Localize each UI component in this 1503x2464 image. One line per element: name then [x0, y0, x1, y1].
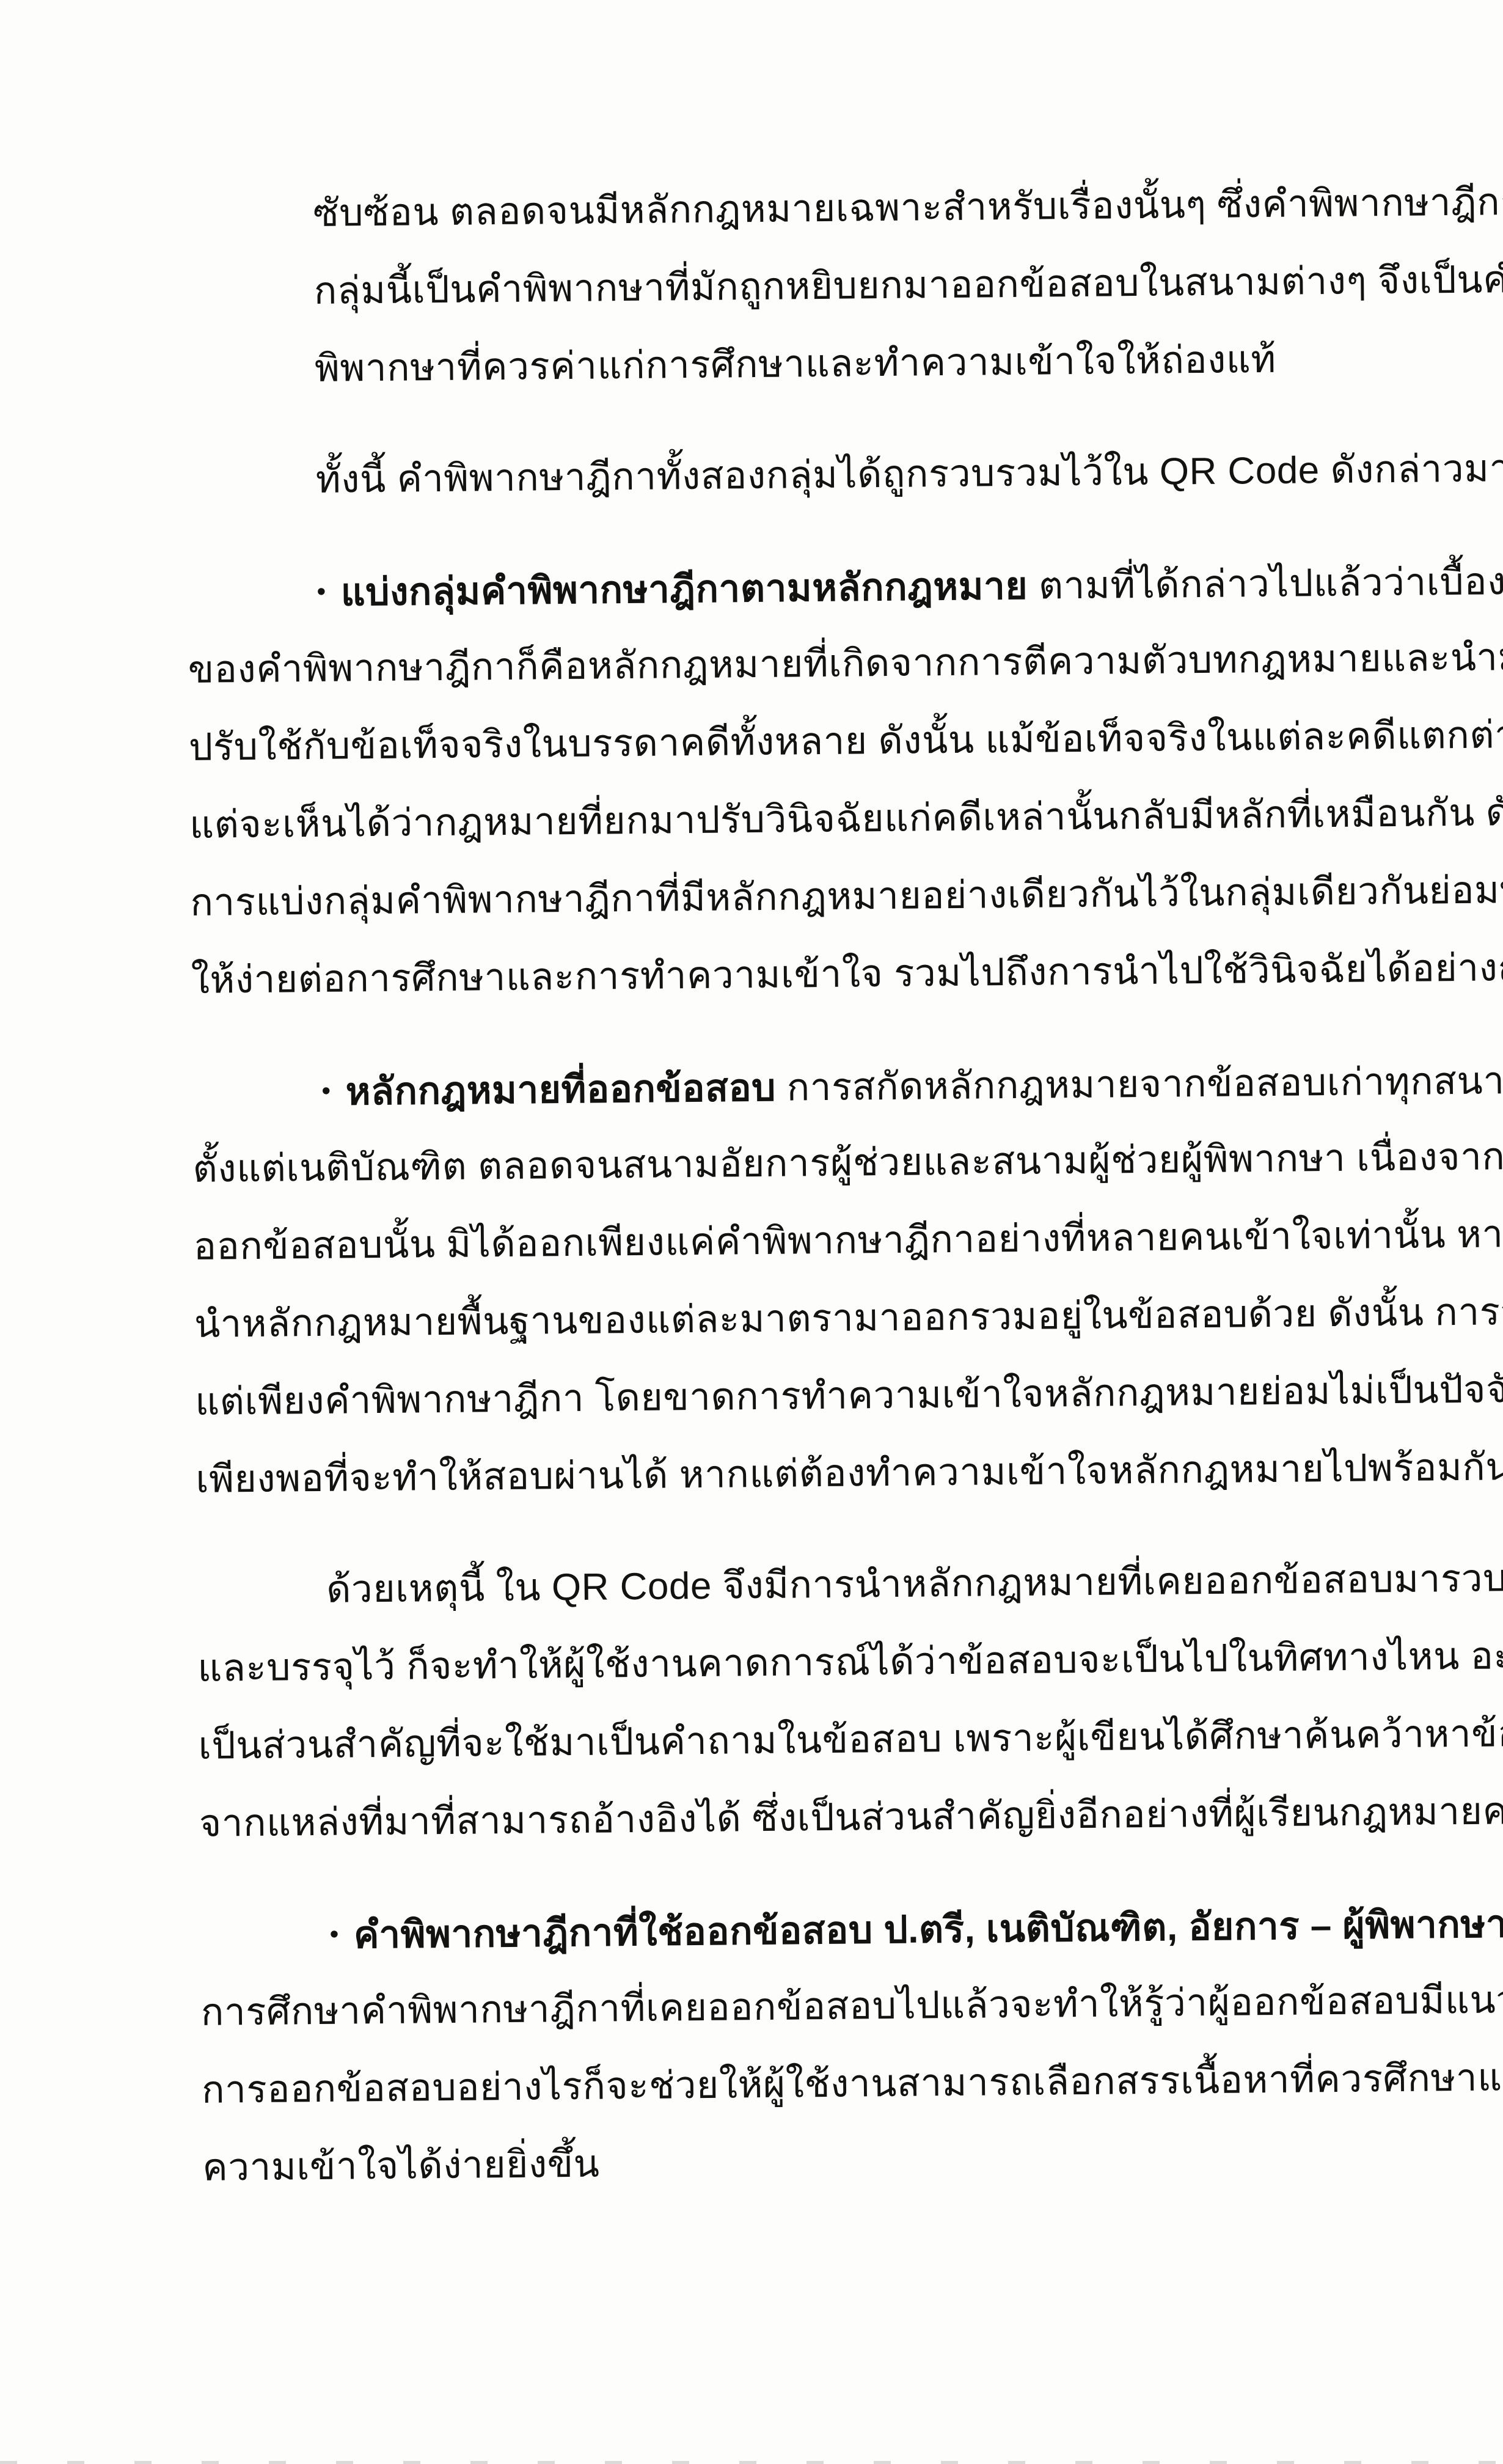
text-line: •แบ่งกลุ่มคำพิพากษาฎีกาตามหลักกฎหมาย ตาม… — [187, 541, 1434, 631]
text-line: แต่จะเห็นได้ว่ากฎหมายที่ยกมาปรับวินิจฉัย… — [189, 774, 1436, 864]
text-line: การศึกษาคำพิพากษาฎีกาที่เคยออกข้อสอบไปแล… — [200, 1962, 1447, 2051]
bullet-icon: • — [316, 552, 326, 630]
bullet-icon: • — [321, 1052, 331, 1129]
text-line: กลุ่มนี้เป็นคำพิพากษาที่มักถูกหยิบยกมาออ… — [184, 241, 1431, 331]
text-line: เพียงพอที่จะทำให้สอบผ่านได้ หากแต่ต้องทำ… — [196, 1429, 1443, 1519]
text-line: ของคำพิพากษาฎีกาก็คือหลักกฎหมายที่เกิดจา… — [188, 619, 1435, 709]
text-line: ซับซ้อน ตลอดจนมีหลักกฎหมายเฉพาะสำหรับเรื… — [183, 164, 1430, 254]
topic-heading: คำพิพากษาฎีกาที่ใช้ออกข้อสอบ ป.ตรี, เนติ… — [354, 1903, 1503, 1956]
text-line: นำหลักกฎหมายพื้นฐานของแต่ละมาตรามาออกรวม… — [194, 1274, 1441, 1363]
text-line: ตั้งแต่เนติบัณฑิต ตลอดจนสนามอัยการผู้ช่ว… — [192, 1118, 1439, 1208]
heading-trailing-text: ตามที่ได้กล่าวไปแล้วว่าเบื้องหลัง — [1028, 560, 1503, 607]
topic-heading: หลักกฎหมายที่ออกข้อสอบ — [345, 1067, 776, 1113]
paragraph: ด้วยเหตุนี้ ใน QR Code จึงมีการนำหลักกฎห… — [197, 1540, 1446, 1863]
text-line: •หลักกฎหมายที่ออกข้อสอบ การสกัดหลักกฎหมา… — [192, 1041, 1439, 1131]
text-line: ให้ง่ายต่อการศึกษาและการทำความเข้าใจ รวม… — [191, 930, 1438, 1019]
bullet-icon: • — [329, 1895, 339, 1973]
heading-trailing-text: การสกัดหลักกฎหมายจากข้อสอบเก่าทุกสนาม — [776, 1060, 1503, 1109]
text-line: •คำพิพากษาฎีกาที่ใช้ออกข้อสอบ ป.ตรี, เนต… — [200, 1884, 1447, 1974]
text-line: ความเข้าใจได้ง่ายยิ่งขึ้น — [202, 2117, 1449, 2207]
text-line: ออกข้อสอบนั้น มิได้ออกเพียงแค่คำพิพากษาฎ… — [193, 1196, 1440, 1286]
text-line: พิพากษาที่ควรค่าแก่การศึกษาและทำความเข้า… — [185, 319, 1432, 409]
text-block: ซับซ้อน ตลอดจนมีหลักกฎหมายเฉพาะสำหรับเรื… — [183, 164, 1449, 2206]
paragraph-bullet-topic: •แบ่งกลุ่มคำพิพากษาฎีกาตามหลักกฎหมาย ตาม… — [187, 541, 1438, 1019]
paragraph-bullet-topic: •หลักกฎหมายที่ออกข้อสอบ การสกัดหลักกฎหมา… — [192, 1041, 1443, 1519]
paragraph-continuation: ซับซ้อน ตลอดจนมีหลักกฎหมายเฉพาะสำหรับเรื… — [183, 164, 1432, 409]
scanned-book-page: { "page": { "paper_color": "#fdfdfb", "i… — [0, 0, 1503, 2464]
paragraph-bullet-topic: •คำพิพากษาฎีกาที่ใช้ออกข้อสอบ ป.ตรี, เนต… — [200, 1884, 1449, 2207]
paragraph: ทั้งนี้ คำพิพากษาฎีกาทั้งสองกลุ่มได้ถูกร… — [186, 430, 1433, 520]
topic-heading: แบ่งกลุ่มคำพิพากษาฎีกาตามหลักกฎหมาย — [340, 565, 1028, 614]
text-line: แต่เพียงคำพิพากษาฎีกา โดยขาดการทำความเข้… — [195, 1351, 1442, 1441]
page: ซับซ้อน ตลอดจนมีหลักกฎหมายเฉพาะสำหรับเรื… — [0, 0, 1503, 2464]
text-line: ปรับใช้กับข้อเท็จจริงในบรรดาคดีทั้งหลาย … — [188, 697, 1435, 787]
text-line: การแบ่งกลุ่มคำพิพากษาฎีกาที่มีหลักกฎหมาย… — [190, 852, 1437, 942]
text-line: และบรรจุไว้ ก็จะทำให้ผู้ใช้งานคาดการณ์ได… — [197, 1618, 1444, 1707]
scan-edge-artifact — [0, 2461, 1503, 2464]
text-line: ด้วยเหตุนี้ ใน QR Code จึงมีการนำหลักกฎห… — [197, 1540, 1444, 1630]
text-line: จากแหล่งที่มาที่สามารถอ้างอิงได้ ซึ่งเป็… — [199, 1773, 1446, 1863]
text-line: การออกข้อสอบอย่างไรก็จะช่วยให้ผู้ใช้งานส… — [201, 2039, 1448, 2129]
text-line: เป็นส่วนสำคัญที่จะใช้มาเป็นคำถามในข้อสอบ… — [198, 1695, 1445, 1785]
text-line: ทั้งนี้ คำพิพากษาฎีกาทั้งสองกลุ่มได้ถูกร… — [186, 430, 1433, 520]
